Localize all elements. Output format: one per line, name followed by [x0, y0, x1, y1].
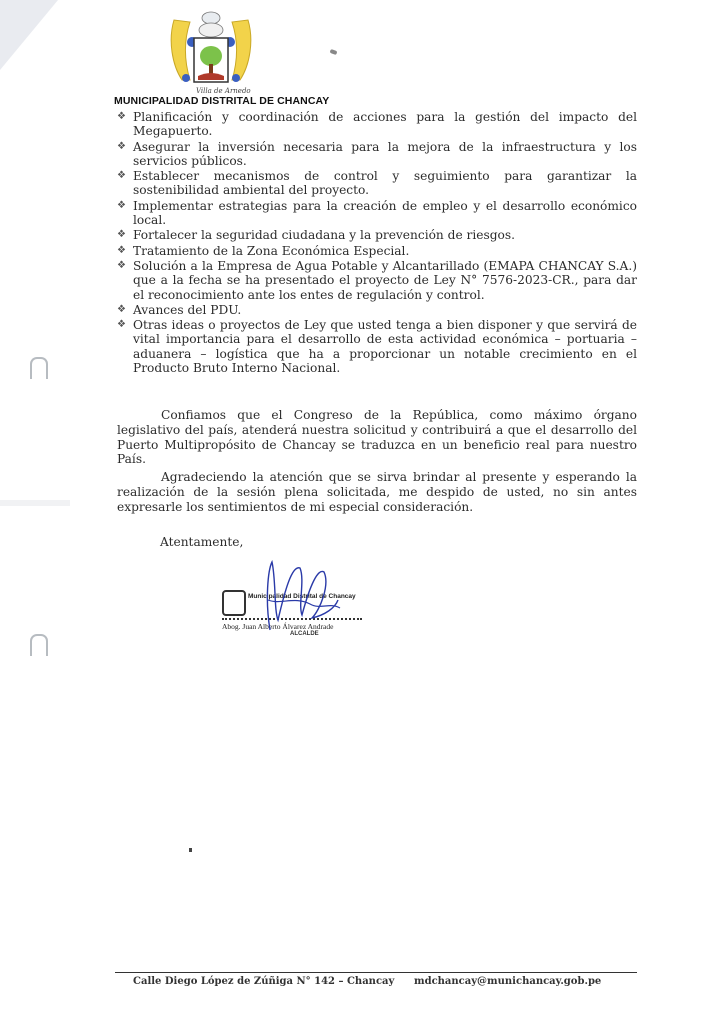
punch-hole-mark: [30, 357, 48, 379]
list-item: ❖Solución a la Empresa de Agua Potable y…: [117, 259, 637, 302]
diamond-bullet-icon: ❖: [117, 140, 126, 154]
list-item: ❖Implementar estrategias para la creació…: [117, 199, 637, 228]
list-item: ❖Establecer mecanismos de control y segu…: [117, 169, 637, 198]
list-item: ❖Asegurar la inversión necesaria para la…: [117, 140, 637, 169]
handwritten-signature-icon: [250, 560, 360, 640]
diamond-bullet-icon: ❖: [117, 303, 126, 317]
punch-hole-mark: [30, 634, 48, 656]
request-list: ❖Planificación y coordinación de accione…: [117, 110, 637, 376]
organization-name: MUNICIPALIDAD DISTRITAL DE CHANCAY: [114, 95, 329, 107]
diamond-bullet-icon: ❖: [117, 169, 126, 183]
diamond-bullet-icon: ❖: [117, 259, 126, 273]
scan-artifact: [330, 49, 338, 55]
diamond-bullet-icon: ❖: [117, 228, 126, 242]
diamond-bullet-icon: ❖: [117, 244, 126, 258]
logo-motto: Villa de Arnedo: [196, 87, 251, 95]
list-item: ❖Avances del PDU.: [117, 303, 637, 317]
diamond-bullet-icon: ❖: [117, 318, 126, 332]
diamond-bullet-icon: ❖: [117, 110, 126, 124]
closing-salutation: Atentamente,: [160, 535, 243, 549]
footer-email: mdchancay@munichancay.gob.pe: [414, 976, 601, 987]
page-corner-fold: [0, 0, 58, 70]
list-item: ❖Planificación y coordinación de accione…: [117, 110, 637, 139]
list-item: ❖Fortalecer la seguridad ciudadana y la …: [117, 228, 637, 242]
body-paragraph: Agradeciendo la atención que se sirva br…: [117, 470, 637, 514]
diamond-bullet-icon: ❖: [117, 199, 126, 213]
scan-artifact: [0, 500, 70, 506]
footer-address: Calle Diego López de Zúñiga N° 142 – Cha…: [133, 976, 394, 987]
scan-artifact: [189, 848, 192, 852]
list-item: ❖Tratamiento de la Zona Económica Especi…: [117, 244, 637, 258]
body-paragraph: Confiamos que el Congreso de la Repúblic…: [117, 408, 637, 467]
seal-icon: [222, 590, 246, 616]
municipal-coat-of-arms-icon: [170, 10, 252, 88]
footer-divider: [115, 972, 637, 973]
list-item: ❖Otras ideas o proyectos de Ley que uste…: [117, 318, 637, 375]
